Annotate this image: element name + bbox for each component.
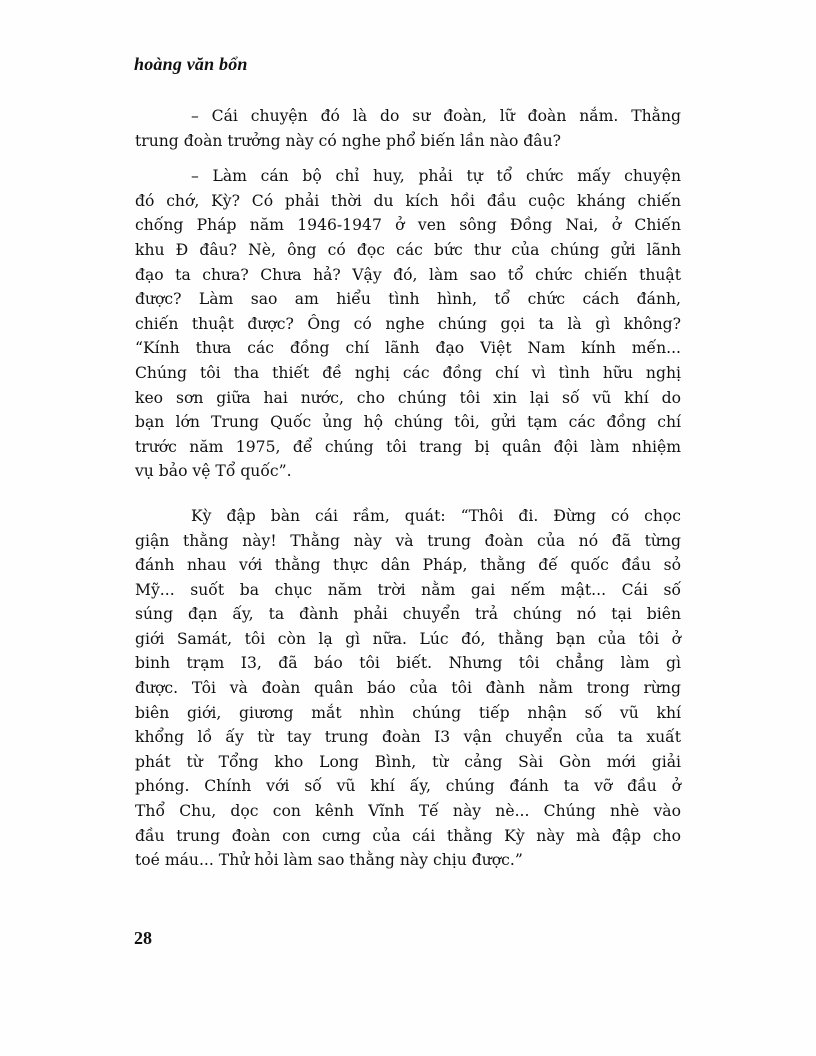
- text-line: khu Đ đâu? Nè, ông có đọc các bức thư củ…: [135, 238, 681, 263]
- page-number: 28: [134, 928, 152, 949]
- text-line: – Làm cán bộ chỉ huy, phải tự tổ chức mấ…: [135, 164, 681, 189]
- text-line: giận thằng này! Thằng này và trung đoàn …: [135, 529, 681, 554]
- text-line: phát từ Tổng kho Long Bình, từ cảng Sài …: [135, 750, 681, 775]
- text-line: – Cái chuyện đó là do sư đoàn, lữ đoàn n…: [135, 104, 681, 129]
- text-line: chống Pháp năm 1946-1947 ở ven sông Đồng…: [135, 213, 681, 238]
- paragraph-1: – Cái chuyện đó là do sư đoàn, lữ đoàn n…: [135, 104, 681, 153]
- text-line: trước năm 1975, để chúng tôi trang bị qu…: [135, 435, 681, 460]
- text-line: biên giới, giương mắt nhìn chúng tiếp nh…: [135, 701, 681, 726]
- text-line: khổng lồ ấy từ tay trung đoàn I3 vận chu…: [135, 725, 681, 750]
- text-line: đó chớ, Kỳ? Có phải thời du kích hồi đầu…: [135, 189, 681, 214]
- text-line: Thổ Chu, dọc con kênh Vĩnh Tế này nè... …: [135, 799, 681, 824]
- text-line: trung đoàn trưởng này có nghe phổ biến l…: [135, 129, 681, 154]
- text-line: Kỳ đập bàn cái rầm, quát: “Thôi đi. Đừng…: [135, 504, 681, 529]
- paragraph-2: – Làm cán bộ chỉ huy, phải tự tổ chức mấ…: [135, 164, 681, 484]
- text-line: đầu trung đoàn con cưng của cái thằng Kỳ…: [135, 824, 681, 849]
- text-line: giới Samát, tôi còn lạ gì nữa. Lúc đó, t…: [135, 627, 681, 652]
- text-line: binh trạm I3, đã báo tôi biết. Nhưng tôi…: [135, 651, 681, 676]
- text-line: đạo ta chưa? Chưa hả? Vậy đó, làm sao tổ…: [135, 263, 681, 288]
- text-line: Mỹ... suốt ba chục năm trời nằm gai nếm …: [135, 578, 681, 603]
- paragraph-3: Kỳ đập bàn cái rầm, quát: “Thôi đi. Đừng…: [135, 504, 681, 873]
- text-line: đánh nhau với thằng thực dân Pháp, thằng…: [135, 553, 681, 578]
- running-head-author: hoàng văn bổn: [134, 54, 248, 75]
- text-line: vụ bảo vệ Tổ quốc”.: [135, 459, 681, 484]
- text-line: Chúng tôi tha thiết đề nghị các đồng chí…: [135, 361, 681, 386]
- text-line: được. Tôi và đoàn quân báo của tôi đành …: [135, 676, 681, 701]
- body-text: – Cái chuyện đó là do sư đoàn, lữ đoàn n…: [135, 104, 681, 873]
- text-line: toé máu... Thử hỏi làm sao thằng này chị…: [135, 848, 681, 873]
- text-line: keo sơn giữa hai nước, cho chúng tôi xin…: [135, 386, 681, 411]
- text-line: bạn lớn Trung Quốc ủng hộ chúng tôi, gửi…: [135, 410, 681, 435]
- text-line: “Kính thưa các đồng chí lãnh đạo Việt Na…: [135, 336, 681, 361]
- text-line: được? Làm sao am hiểu tình hình, tổ chức…: [135, 287, 681, 312]
- text-line: súng đạn ấy, ta đành phải chuyển trả chú…: [135, 602, 681, 627]
- text-line: chiến thuật được? Ông có nghe chúng gọi …: [135, 312, 681, 337]
- text-line: phóng. Chính với số vũ khí ấy, chúng đán…: [135, 774, 681, 799]
- book-page: hoàng văn bổn – Cái chuyện đó là do sư đ…: [0, 0, 816, 1056]
